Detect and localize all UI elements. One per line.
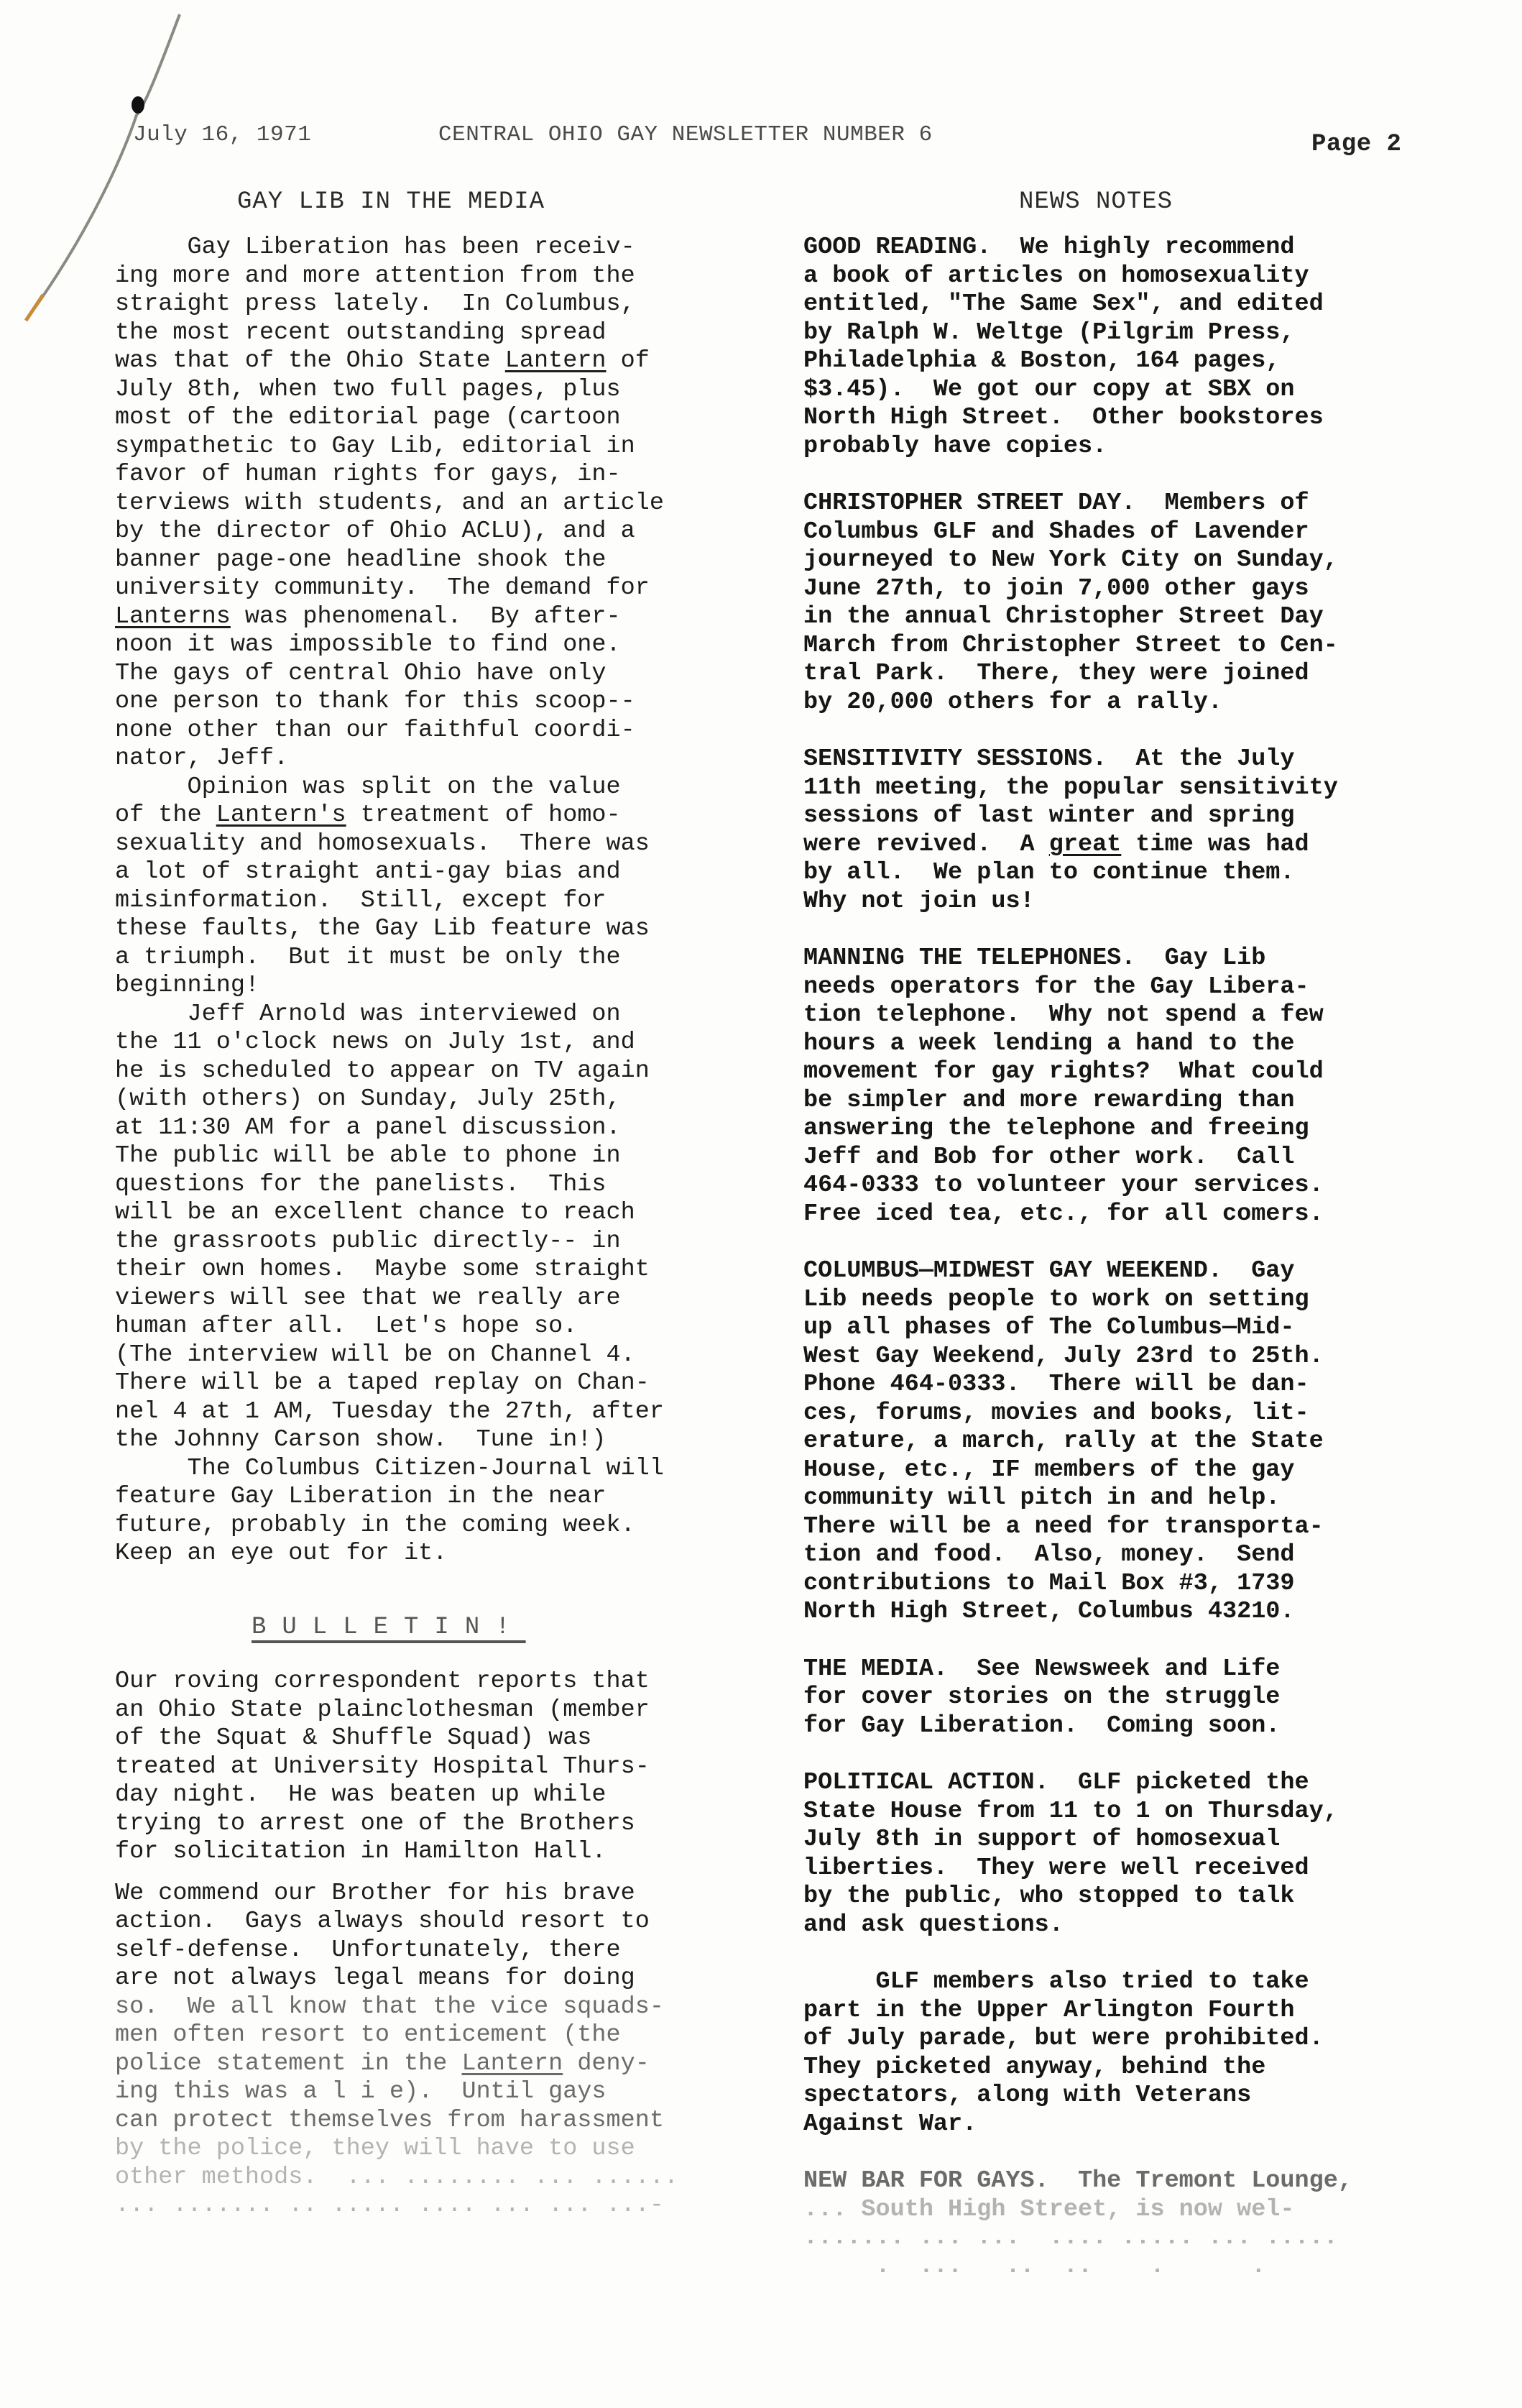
text-line: ... ....... .. ..... .... ... ... ...- [115,2192,776,2220]
text-line: by all. We plan to continue them. [803,859,1479,888]
paragraph-gap [803,1740,1479,1769]
text-line: other methods. ... ........ ... ...... [115,2164,776,2192]
text-line: liberties. They were well received [803,1855,1479,1883]
text-line: The Columbus Citizen-Journal will [115,1455,776,1484]
right-column-heading: NEWS NOTES [1019,188,1173,216]
text-line: Jeff and Bob for other work. Call [803,1144,1479,1172]
text-line: Why not join us! [803,888,1479,916]
text-line: none other than our faithful coordi- [115,717,776,745]
text-line: an Ohio State plainclothesman (member [115,1696,776,1725]
text-line: North High Street, Columbus 43210. [803,1598,1479,1627]
news-note-item: GOOD READING. We highly recommenda book … [803,234,1479,461]
text-line: day night. He was beaten up while [115,1781,776,1810]
right-column-news-notes: GOOD READING. We highly recommenda book … [803,234,1479,2281]
text-line: questions for the panelists. This [115,1171,776,1200]
text-line: tion telephone. Why not spend a few [803,1001,1479,1030]
text-line: House, etc., IF members of the gay [803,1456,1479,1485]
newsletter-header: July 16, 1971 CENTRAL OHIO GAY NEWSLETTE… [133,122,1479,165]
text-line: State House from 11 to 1 on Thursday, [803,1798,1479,1826]
text-line: by 20,000 others for a rally. [803,689,1479,717]
text-line: straight press lately. In Columbus, [115,290,776,319]
text-line: CHRISTOPHER STREET DAY. Members of [803,490,1479,518]
text-line: July 8th, when two full pages, plus [115,376,776,405]
paragraph-gap [803,1939,1479,1968]
text-line: They picketed anyway, behind the [803,2054,1479,2082]
text-line: a book of articles on homosexuality [803,262,1479,291]
text-line: ces, forums, movies and books, lit- [803,1400,1479,1428]
text-line: so. We all know that the vice squads- [115,1993,776,2022]
text-line: Against War. [803,2110,1479,2139]
text-line: MANNING THE TELEPHONES. Gay Lib [803,945,1479,973]
text-line: . ... .. .. . . [803,2253,1479,2281]
news-note-item: GLF members also tried to takepart in th… [803,1968,1479,2138]
text-line: banner page-one headline shook the [115,546,776,575]
text-line: terviews with students, and an article [115,490,776,518]
page-number: Page 2 [1311,131,1401,158]
text-line: 11th meeting, the popular sensitivity [803,774,1479,803]
text-line: men often resort to enticement (the [115,2021,776,2050]
text-line: needs operators for the Gay Libera- [803,973,1479,1002]
paragraph-gap [115,1867,776,1880]
news-note-item: MANNING THE TELEPHONES. Gay Libneeds ope… [803,945,1479,1228]
text-line: can protect themselves from harassment [115,2107,776,2136]
text-line: favor of human rights for gays, in- [115,461,776,490]
text-line: the 11 o'clock news on July 1st, and [115,1029,776,1057]
text-line: West Gay Weekend, July 23rd to 25th. [803,1343,1479,1371]
text-line: GLF members also tried to take [803,1968,1479,1997]
text-line: a triumph. But it must be only the [115,944,776,973]
news-note-item: NEW BAR FOR GAYS. The Tremont Lounge,...… [803,2167,1479,2281]
text-line: tion and food. Also, money. Send [803,1541,1479,1570]
text-line: $3.45). We got our copy at SBX on [803,376,1479,405]
text-line: and ask questions. [803,1911,1479,1940]
text-line: ... South High Street, is now wel- [803,2196,1479,2225]
text-line: Keep an eye out for it. [115,1540,776,1568]
text-line: journeyed to New York City on Sunday, [803,546,1479,575]
text-line: SENSITIVITY SESSIONS. At the July [803,745,1479,774]
news-note-item: SENSITIVITY SESSIONS. At the July11th me… [803,745,1479,916]
text-line: treated at University Hospital Thurs- [115,1753,776,1782]
text-line: these faults, the Gay Lib feature was [115,915,776,944]
text-line: COLUMBUS—MIDWEST GAY WEEKEND. Gay [803,1257,1479,1286]
text-line: sexuality and homosexuals. There was [115,830,776,859]
paragraph-gap [803,717,1479,745]
text-line: the Johnny Carson show. Tune in!) [115,1426,776,1455]
text-line: June 27th, to join 7,000 other gays [803,575,1479,604]
text-line: human after all. Let's hope so. [115,1313,776,1341]
text-line: a lot of straight anti-gay bias and [115,858,776,887]
text-line: Phone 464-0333. There will be dan- [803,1371,1479,1400]
text-line: probably have copies. [803,433,1479,461]
text-line: viewers will see that we really are [115,1285,776,1313]
text-line: We commend our Brother for his brave [115,1880,776,1908]
text-line: part in the Upper Arlington Fourth [803,1997,1479,2026]
news-note-item: POLITICAL ACTION. GLF picketed theState … [803,1769,1479,1939]
text-line: THE MEDIA. See Newsweek and Life [803,1655,1479,1684]
text-line: GOOD READING. We highly recommend [803,234,1479,262]
newsletter-page: July 16, 1971 CENTRAL OHIO GAY NEWSLETTE… [0,0,1522,2408]
text-line: hours a week lending a hand to the [803,1030,1479,1059]
text-line: Philadelphia & Boston, 164 pages, [803,347,1479,376]
newsletter-title: CENTRAL OHIO GAY NEWSLETTER NUMBER 6 [438,122,933,147]
text-line: self-defense. Unfortunately, there [115,1936,776,1965]
text-line: ing more and more attention from the [115,262,776,291]
text-line: up all phases of The Columbus—Mid- [803,1314,1479,1343]
bulletin-heading: BULLETIN! [252,1614,526,1641]
paragraph-gap [803,1228,1479,1257]
news-note-item: COLUMBUS—MIDWEST GAY WEEKEND. GayLib nee… [803,1257,1479,1627]
text-line: sympathetic to Gay Lib, editorial in [115,433,776,461]
left-column-heading: GAY LIB IN THE MEDIA [237,188,545,216]
text-line: for solicitation in Hamilton Hall. [115,1838,776,1867]
text-line: be simpler and more rewarding than [803,1087,1479,1116]
text-line: sessions of last winter and spring [803,802,1479,831]
paragraph-gap [803,916,1479,945]
text-line: by the police, they will have to use [115,2135,776,2164]
text-line: There will be a need for transporta- [803,1513,1479,1542]
text-line: Free iced tea, etc., for all comers. [803,1200,1479,1229]
text-line: police statement in the Lantern deny- [115,2050,776,2079]
text-line: trying to arrest one of the Brothers [115,1810,776,1839]
text-line: ing this was a l i e). Until gays [115,2078,776,2107]
text-line: Jeff Arnold was interviewed on [115,1001,776,1029]
text-line: he is scheduled to appear on TV again [115,1057,776,1086]
text-line: by Ralph W. Weltge (Pilgrim Press, [803,319,1479,348]
text-line: are not always legal means for doing [115,1964,776,1993]
text-line: by the public, who stopped to talk [803,1883,1479,1911]
text-line: their own homes. Maybe some straight [115,1256,776,1285]
text-line: spectators, along with Veterans [803,2082,1479,2110]
text-line: by the director of Ohio ACLU), and a [115,518,776,546]
text-line: in the annual Christopher Street Day [803,603,1479,632]
text-line: July 8th in support of homosexual [803,1826,1479,1855]
text-line: one person to thank for this scoop-- [115,688,776,717]
text-line: POLITICAL ACTION. GLF picketed the [803,1769,1479,1798]
text-line: Our roving correspondent reports that [115,1668,776,1696]
text-line: of the Squat & Shuffle Squad) was [115,1724,776,1753]
news-note-item: THE MEDIA. See Newsweek and Lifefor cove… [803,1655,1479,1741]
text-line: were revived. A great time was had [803,831,1479,860]
left-column-article: Gay Liberation has been receiv-ing more … [115,234,776,1568]
news-note-item: CHRISTOPHER STREET DAY. Members ofColumb… [803,490,1479,717]
text-line: Lanterns was phenomenal. By after- [115,603,776,632]
text-line: of the Lantern's treatment of homo- [115,801,776,830]
text-line: movement for gay rights? What could [803,1058,1479,1087]
text-line: erature, a march, rally at the State [803,1428,1479,1456]
text-line: March from Christopher Street to Cen- [803,632,1479,661]
text-line: for cover stories on the struggle [803,1683,1479,1712]
paragraph-gap [803,2138,1479,2167]
bulletin-article: Our roving correspondent reports thatan … [115,1668,776,2220]
text-line: There will be a taped replay on Chan- [115,1369,776,1398]
text-line: university community. The demand for [115,574,776,603]
text-line: nel 4 at 1 AM, Tuesday the 27th, after [115,1398,776,1427]
text-line: (with others) on Sunday, July 25th, [115,1085,776,1114]
text-line: Columbus GLF and Shades of Lavender [803,518,1479,547]
text-line: North High Street. Other bookstores [803,404,1479,433]
text-line: for Gay Liberation. Coming soon. [803,1712,1479,1741]
text-line: The gays of central Ohio have only [115,660,776,689]
text-line: was that of the Ohio State Lantern of [115,347,776,376]
text-line: The public will be able to phone in [115,1142,776,1171]
text-line: future, probably in the coming week. [115,1512,776,1540]
text-line: tral Park. There, they were joined [803,660,1479,689]
text-line: of July parade, but were prohibited. [803,2025,1479,2054]
text-line: ....... ... ... .... ..... ... ..... [803,2224,1479,2253]
text-line: Opinion was split on the value [115,773,776,802]
text-line: answering the telephone and freeing [803,1115,1479,1144]
text-line: NEW BAR FOR GAYS. The Tremont Lounge, [803,2167,1479,2196]
text-line: most of the editorial page (cartoon [115,404,776,433]
text-line: Lib needs people to work on setting [803,1286,1479,1315]
paragraph-gap [803,1627,1479,1655]
text-line: the grassroots public directly-- in [115,1228,776,1256]
text-line: the most recent outstanding spread [115,319,776,348]
text-line: contributions to Mail Box #3, 1739 [803,1570,1479,1599]
issue-date: July 16, 1971 [133,122,311,147]
text-line: 464-0333 to volunteer your services. [803,1172,1479,1200]
text-line: misinformation. Still, except for [115,887,776,916]
text-line: nator, Jeff. [115,745,776,773]
text-line: entitled, "The Same Sex", and edited [803,290,1479,319]
text-line: noon it was impossible to find one. [115,631,776,660]
text-line: feature Gay Liberation in the near [115,1483,776,1512]
text-line: will be an excellent chance to reach [115,1199,776,1228]
text-line: action. Gays always should resort to [115,1908,776,1936]
text-line: community will pitch in and help. [803,1484,1479,1513]
text-line: (The interview will be on Channel 4. [115,1341,776,1370]
text-line: at 11:30 AM for a panel discussion. [115,1114,776,1143]
text-line: Gay Liberation has been receiv- [115,234,776,262]
text-line: beginning! [115,972,776,1001]
paragraph-gap [803,461,1479,490]
